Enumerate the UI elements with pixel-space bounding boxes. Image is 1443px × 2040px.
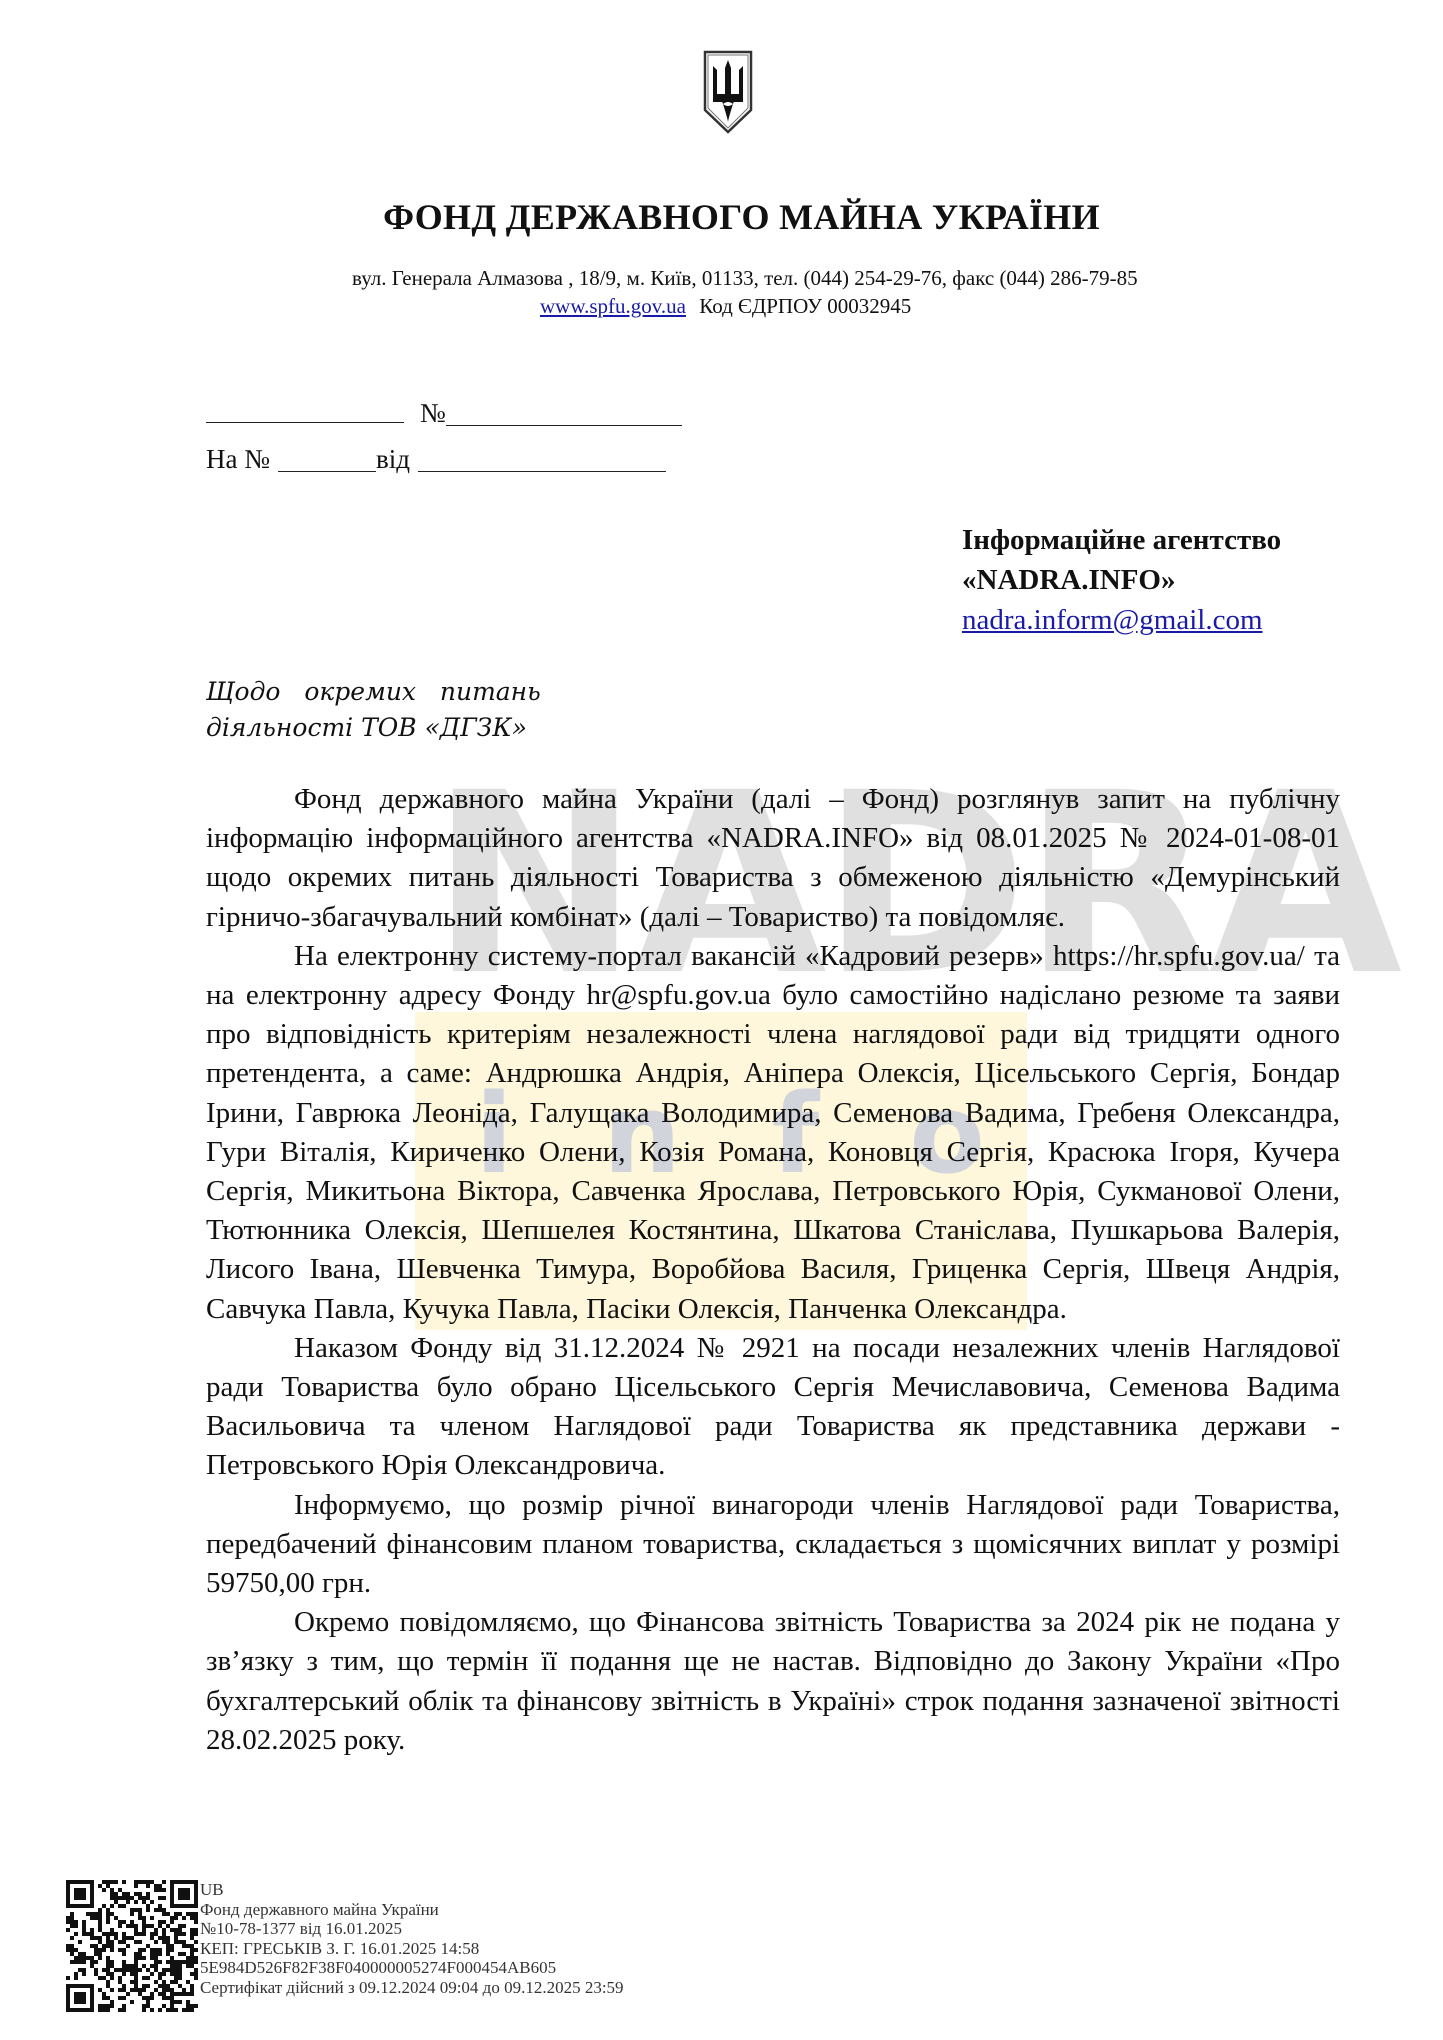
recipient-block: Інформаційне агентство «NADRA.INFO» nadr… [962, 520, 1281, 640]
outgoing-registration-row: № [206, 398, 682, 429]
number-blank-line [446, 424, 682, 426]
qr-code-icon [66, 1880, 198, 2012]
number-sign: № [420, 398, 446, 429]
paragraph-financial-reporting: Окремо повідомляємо, що Фінансова звітні… [206, 1603, 1340, 1760]
reply-number-label: На № [206, 444, 270, 475]
website-link[interactable]: www.spfu.gov.ua [540, 294, 686, 318]
stamp-line: КЕП: ГРЕСЬКІВ З. Г. 16.01.2025 14:58 [200, 1939, 624, 1959]
letter-body: Фонд державного майна України (далі – Фо… [206, 780, 1340, 1760]
paragraph-request: Фонд державного майна України (далі – Фо… [206, 780, 1340, 937]
reply-registration-row: На № від [206, 444, 666, 475]
subject-line-1: Щодо окремих питань [206, 674, 541, 710]
organization-address: вул. Генерала Алмазова , 18/9, м. Київ, … [352, 266, 1138, 291]
recipient-email-link[interactable]: nadra.inform@gmail.com [962, 604, 1263, 636]
stamp-line: Сертифікат дійсний з 09.12.2024 09:04 до… [200, 1978, 624, 1998]
paragraph-candidates: На електронну систему-портал вакансій «К… [206, 937, 1340, 1329]
edrpou-code: Код ЄДРПОУ 00032945 [699, 294, 911, 318]
organization-title: ФОНД ДЕРЖАВНОГО МАЙНА УКРАЇНИ [0, 196, 1443, 238]
reply-date-blank-line [418, 470, 666, 472]
trident-coat-of-arms-icon [703, 50, 753, 134]
recipient-agency: «NADRA.INFO» [962, 560, 1281, 600]
electronic-signature-stamp: UB Фонд державного майна України №10-78-… [200, 1880, 624, 1997]
stamp-line: №10-78-1377 від 16.01.2025 [200, 1919, 624, 1939]
organization-contacts: www.spfu.gov.ua Код ЄДРПОУ 00032945 [540, 294, 911, 319]
stamp-line: 5E984D526F82F38F040000005274F000454AB605 [200, 1958, 624, 1978]
paragraph-remuneration: Інформуємо, що розмір річної винагороди … [206, 1486, 1340, 1604]
reply-number-blank-line [278, 470, 376, 472]
from-label: від [376, 444, 410, 475]
recipient-name: Інформаційне агентство [962, 520, 1281, 560]
stamp-line: UB [200, 1880, 624, 1900]
paragraph-appointment: Наказом Фонду від 31.12.2024 № 2921 на п… [206, 1329, 1340, 1486]
date-blank-line [206, 421, 404, 423]
letter-subject: Щодо окремих питань діяльності ТОВ «ДГЗК… [206, 674, 541, 746]
stamp-line: Фонд державного майна України [200, 1900, 624, 1920]
